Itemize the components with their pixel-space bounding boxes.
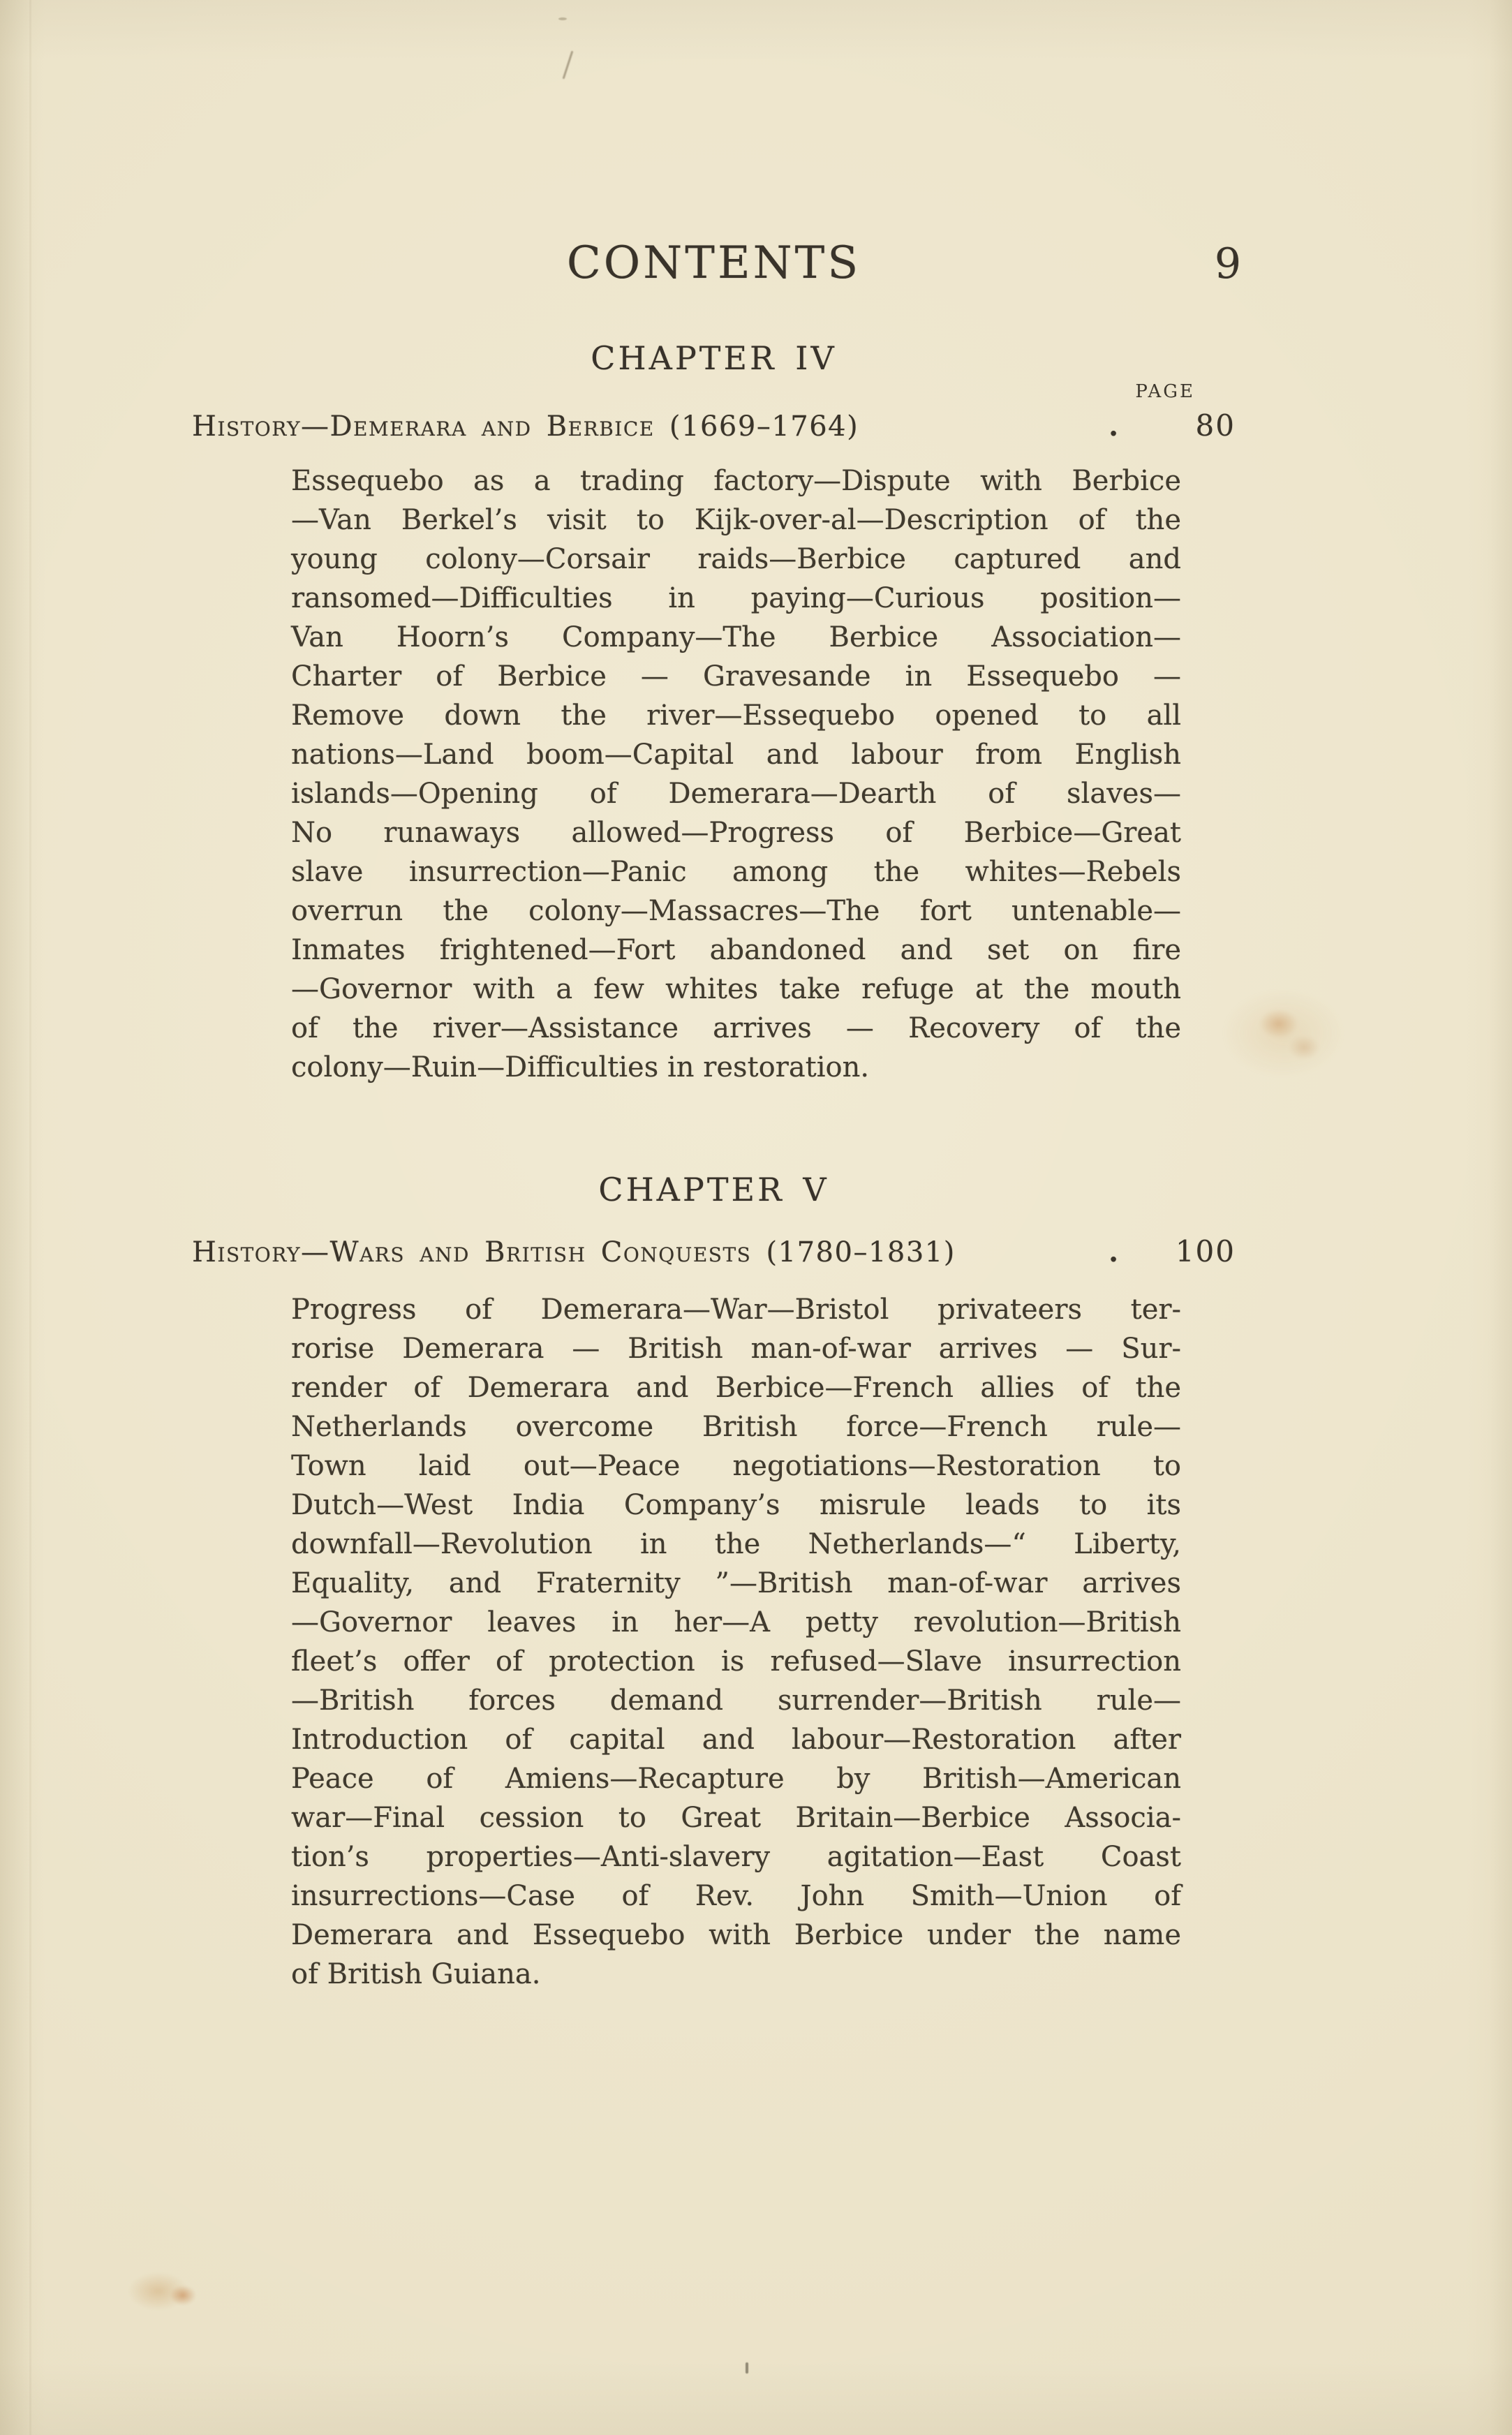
summary-line: Progress of Demerara—War—Bristol private… [291,1290,1181,1329]
page-column-label: PAGE [192,381,1236,402]
chapter-summary: Essequebo as a trading factory—Dispute w… [291,461,1181,1087]
toc-entry-page-number: 80 [1163,406,1236,445]
summary-line: Dutch—West India Company’s misrule leads… [291,1486,1181,1525]
summary-line: islands—Opening of Demerara—Dearth of sl… [291,774,1181,813]
toc-entry-page-number: 100 [1163,1232,1236,1271]
summary-line: overrun the colony—Massacres—The fort un… [291,891,1181,931]
summary-line: war—Final cession to Great Britain—Berbi… [291,1798,1181,1837]
page-content: CONTENTS 9 CHAPTER IV PAGE History—Demer… [192,237,1236,1994]
summary-line: tion’s properties—Anti-slavery agitation… [291,1837,1181,1877]
summary-line: Inmates frightened—Fort abandoned and se… [291,931,1181,970]
summary-line: —Van Berkel’s visit to Kijk-over-al—Desc… [291,501,1181,540]
book-page: CONTENTS 9 CHAPTER IV PAGE History—Demer… [0,0,1512,2435]
summary-line: Van Hoorn’s Company—The Berbice Associat… [291,618,1181,657]
summary-line: of British Guiana. [291,1955,1181,1994]
summary-line: —Governor with a few whites take refuge … [291,970,1181,1009]
toc-entry: History—Wars and British Conquests (1780… [192,1232,1236,1272]
summary-line: Equality, and Fraternity ”—British man-o… [291,1564,1181,1603]
summary-line: slave insurrection—Panic among the white… [291,852,1181,891]
summary-line: Netherlands overcome British force—Frenc… [291,1407,1181,1446]
summary-line: downfall—Revolution in the Netherlands—“… [291,1525,1181,1564]
summary-line: Charter of Berbice — Gravesande in Esseq… [291,657,1181,696]
leader-dot: . [1109,1233,1163,1272]
summary-line: Town laid out—Peace negotiations—Restora… [291,1446,1181,1486]
summary-line: Remove down the river—Essequebo opened t… [291,696,1181,735]
summary-line: ransomed—Difficulties in paying—Curious … [291,579,1181,618]
paper-stain [105,2262,223,2332]
chapter-heading: CHAPTER V [192,1169,1236,1210]
contents-header: CONTENTS 9 [192,237,1236,289]
summary-line: —British forces demand surrender—British… [291,1681,1181,1720]
summary-line: —Governor leaves in her—A petty revoluti… [291,1603,1181,1642]
summary-line: rorise Demerara — British man-of-war arr… [291,1329,1181,1368]
summary-line: Peace of Amiens—Recapture by British—Ame… [291,1759,1181,1798]
summary-line: young colony—Corsair raids—Berbice captu… [291,540,1181,579]
paper-speck [746,2362,748,2374]
chapter-summary: Progress of Demerara—War—Bristol private… [291,1290,1181,1994]
summary-line: of the river—Assistance arrives — Recove… [291,1009,1181,1048]
toc-entry: History—Demerara and Berbice (1669–1764)… [192,406,1236,446]
summary-line: Essequebo as a trading factory—Dispute w… [291,461,1181,501]
page-title: CONTENTS [192,237,1236,289]
summary-line: insurrections—Case of Rev. John Smith—Un… [291,1877,1181,1916]
toc-entry-title: History—Wars and British Conquests (1780… [192,1233,956,1272]
chapter-heading: CHAPTER IV [192,338,1236,378]
pen-mark [563,51,574,80]
summary-line: render of Demerara and Berbice—French al… [291,1368,1181,1407]
toc-entry-title: History—Demerara and Berbice (1669–1764) [192,407,859,446]
paper-crease [29,0,31,2435]
summary-line: colony—Ruin—Difficulties in restoration. [291,1048,1181,1087]
summary-line: fleet’s offer of protection is refused—S… [291,1642,1181,1681]
paper-speck [558,17,567,20]
leader-dot: . [1109,407,1163,446]
summary-line: Introduction of capital and labour—Resto… [291,1720,1181,1759]
summary-line: Demerara and Essequebo with Berbice unde… [291,1916,1181,1955]
folio-number: 9 [1215,239,1241,289]
summary-line: No runaways allowed—Progress of Berbice—… [291,813,1181,852]
summary-line: nations—Land boom—Capital and labour fro… [291,735,1181,774]
